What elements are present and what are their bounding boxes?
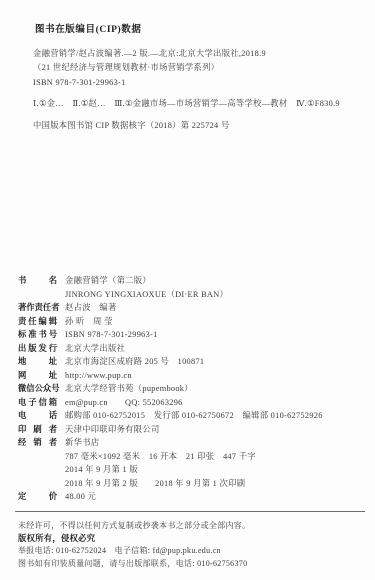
colophon-row-phone: 电话邮购部 010-62752015 发行部 010-62750672 编辑部 … xyxy=(18,409,375,423)
colophon-label: 网址 xyxy=(18,369,57,383)
colophon-row-author: 著作责任者赵占波 编著 xyxy=(18,301,375,315)
colophon-row-website: 网址http://www.pup.cn xyxy=(18,369,375,383)
colophon-value: em@pup.cn QQ: 552063296 xyxy=(65,398,183,407)
colophon-row-price: 定价48.00 元 xyxy=(18,490,375,504)
colophon-row-pinyin: JINRONG YINGXIAOXUE（DI·ER BAN） xyxy=(18,288,375,302)
cip-isbn-line: ISBN 978-7-301-29963-1 xyxy=(33,76,367,90)
cip-heading: 图书在版编目(CIP)数据 xyxy=(35,24,367,36)
colophon-value: 787 毫米×1092 毫米 16 开本 21 印张 447 千字 xyxy=(65,452,256,461)
colophon-label: 电子信箱 xyxy=(18,396,57,410)
cip-record-line: 中国版本图书馆 CIP 数据核字（2018）第 225724 号 xyxy=(33,119,367,133)
colophon-row-first-edition: 2014 年 9 月第 1 版 xyxy=(18,463,375,477)
colophon-label: 著作责任者 xyxy=(18,301,57,315)
colophon-value: 孙 昕 周 莹 xyxy=(65,317,113,326)
colophon-value: 48.00 元 xyxy=(65,492,96,501)
cip-classification-line: Ⅰ.①金… Ⅱ.①赵… Ⅲ.①金融市场—市场营销学—高等学校—教材 Ⅳ.①F83… xyxy=(33,97,367,111)
colophon-row-isbn: 标准书号ISBN 978-7-301-29963-1 xyxy=(18,328,375,342)
cip-section: 图书在版编目(CIP)数据 金融营销学/赵占波编著.—2 版.—北京:北京大学出… xyxy=(0,0,375,133)
notice-section: 未经许可，不得以任何方式复制或抄袭本书之部分或全部内容。 版权所有，侵权必究 举… xyxy=(18,520,367,570)
colophon-label: 地址 xyxy=(18,355,57,369)
cip-series-line: （21 世纪经济与管理规划教材·市场营销学系列） xyxy=(33,61,367,75)
colophon-value: JINRONG YINGXIAOXUE（DI·ER BAN） xyxy=(65,290,228,299)
colophon-value: 北京大学出版社 xyxy=(65,344,125,353)
colophon-row-title: 书名金融营销学（第二版） xyxy=(18,274,375,288)
colophon-row-printer: 印刷者天津中印联印务有限公司 xyxy=(18,423,375,437)
colophon-label: 标准书号 xyxy=(18,328,57,342)
colophon-label: 经销者 xyxy=(18,436,57,450)
divider-rule xyxy=(15,511,365,512)
colophon-value: ISBN 978-7-301-29963-1 xyxy=(65,330,158,339)
license-notice-line: 未经许可，不得以任何方式复制或抄袭本书之部分或全部内容。 xyxy=(18,520,367,533)
colophon-value: 赵占波 编著 xyxy=(65,303,117,312)
colophon-value: http://www.pup.cn xyxy=(65,371,132,380)
colophon-row-publisher: 出版发行北京大学出版社 xyxy=(18,342,375,356)
colophon-label: 出版发行 xyxy=(18,342,57,356)
copyright-bold-line: 版权所有，侵权必究 xyxy=(18,533,367,546)
colophon-label: 微信公众号 xyxy=(18,382,57,396)
colophon-label: 责任编辑 xyxy=(18,315,57,329)
colophon-value: 北京大学经管书苑（pupembook） xyxy=(65,384,193,393)
cip-description-line: 金融营销学/赵占波编著.—2 版.—北京:北京大学出版社,2018.9 xyxy=(33,47,367,61)
colophon-value: 2018 年 9 月第 2 版 2018 年 9 月第 1 次印刷 xyxy=(65,479,245,488)
colophon-value: 邮购部 010-62752015 发行部 010-62750672 编辑部 01… xyxy=(65,411,323,420)
quality-contact-line: 图书如有印装质量问题，请与出版部联系，电话: 010-62756370 xyxy=(18,558,367,571)
colophon-value: 金融营销学（第二版） xyxy=(65,276,151,285)
colophon-label: 书名 xyxy=(18,274,57,288)
colophon-row-wechat: 微信公众号北京大学经管书苑（pupembook） xyxy=(18,382,375,396)
colophon-label: 定价 xyxy=(18,490,57,504)
colophon-value: 2014 年 9 月第 1 版 xyxy=(65,465,138,474)
colophon-table: 书名金融营销学（第二版） JINRONG YINGXIAOXUE（DI·ER B… xyxy=(18,274,375,504)
colophon-value: 新华书店 xyxy=(65,438,99,447)
colophon-row-email: 电子信箱em@pup.cn QQ: 552063296 xyxy=(18,396,375,410)
colophon-row-distributor: 经销者新华书店 xyxy=(18,436,375,450)
colophon-row-format: 787 毫米×1092 毫米 16 开本 21 印张 447 千字 xyxy=(18,450,375,464)
report-contact-line: 举报电话: 010-62752024 电子信箱: fd@pup.pku.edu.… xyxy=(18,545,367,558)
colophon-row-second-edition: 2018 年 9 月第 2 版 2018 年 9 月第 1 次印刷 xyxy=(18,477,375,491)
colophon-label: 印刷者 xyxy=(18,423,57,437)
colophon-label: 电话 xyxy=(18,409,57,423)
colophon-row-editor: 责任编辑孙 昕 周 莹 xyxy=(18,315,375,329)
colophon-value: 北京市海淀区成府路 205 号 100871 xyxy=(65,357,204,366)
colophon-row-address: 地址北京市海淀区成府路 205 号 100871 xyxy=(18,355,375,369)
cip-copyright-page: 图书在版编目(CIP)数据 金融营销学/赵占波编著.—2 版.—北京:北京大学出… xyxy=(0,0,375,580)
colophon-value: 天津中印联印务有限公司 xyxy=(65,425,160,434)
